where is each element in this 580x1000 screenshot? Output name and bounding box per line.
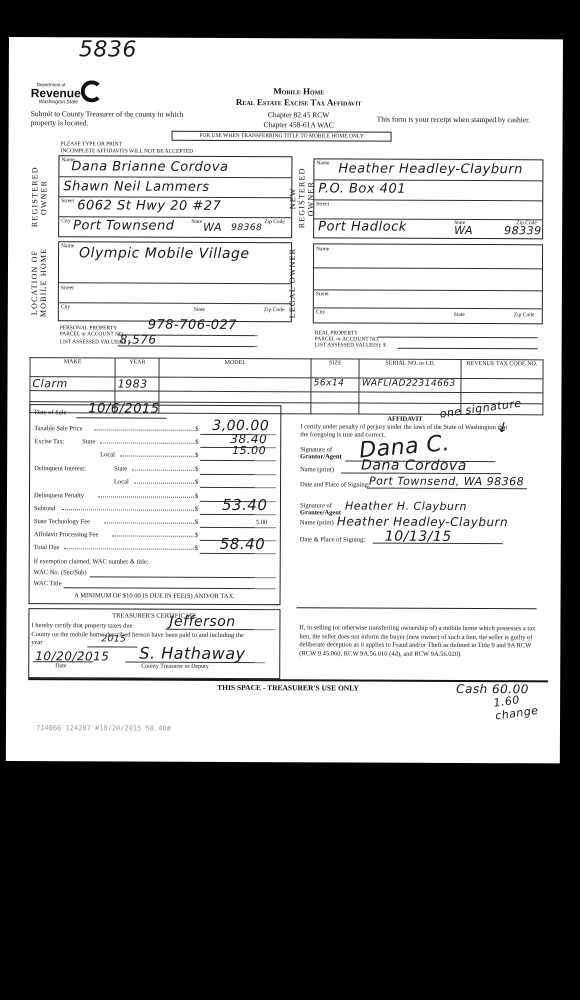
file-number: 5836 xyxy=(79,37,137,62)
registered-owner-box: Name Dana Brianne Cordova Shawn Neil Lam… xyxy=(58,155,292,238)
divider xyxy=(297,607,537,609)
size-cell[interactable]: 56x14 xyxy=(311,378,359,392)
lien-warning-text: If, in selling (or otherwise transferrin… xyxy=(299,624,544,659)
grantee-name-print[interactable]: Heather Headley-Clayburn xyxy=(337,514,508,529)
chapter-rcw: Chapter 82.45 RCW xyxy=(209,110,389,120)
registered-owner-name-2[interactable]: Shawn Neil Lammers xyxy=(63,179,209,195)
wac-title-field[interactable] xyxy=(64,579,276,589)
legal-assessed-field[interactable] xyxy=(398,339,538,350)
dor-logo-icon xyxy=(81,80,103,102)
legal-parcel-field[interactable] xyxy=(378,328,538,339)
grantor-name-print[interactable]: Dana Cordova xyxy=(361,458,467,474)
receipt-note: This form is your receipt when stamped b… xyxy=(377,115,557,125)
new-registered-owner-label: NEW REGISTERED OWNER xyxy=(288,158,312,238)
tax-code-cell[interactable] xyxy=(461,378,543,392)
treasurer-signature[interactable]: S. Hathaway xyxy=(139,644,245,663)
year-cell[interactable]: 1983 xyxy=(115,377,159,391)
location-box: Name Olympic Mobile Village Street City … xyxy=(58,241,292,322)
instructions-print: PLEASE TYPE OR PRINT xyxy=(61,141,123,147)
make-cell[interactable]: Clarm xyxy=(30,377,115,391)
new-owner-city[interactable]: Port Hadlock xyxy=(318,219,407,234)
subtotal[interactable]: 53.40 xyxy=(222,496,268,514)
affidavit-title: AFFIDAVIT xyxy=(387,416,422,423)
treasurer-certificate-title: TREASURER'S CERTIFICATE xyxy=(29,612,279,620)
form-title-2: Real Estate Excise Tax Affidavit xyxy=(159,97,439,108)
delinquent-interest-local[interactable] xyxy=(200,477,276,488)
tax-computation-box: Date of Sale 10/6/2015 Taxable Sale Pric… xyxy=(29,404,282,605)
excise-tax-local[interactable]: 15.00 xyxy=(232,444,266,457)
total-due[interactable]: 58.40 xyxy=(220,535,266,553)
grantee-signature[interactable]: Heather H. Clayburn xyxy=(345,499,467,513)
location-name[interactable]: Olympic Mobile Village xyxy=(79,245,250,262)
registered-owner-street[interactable]: 6062 St Hwy 20 #27 xyxy=(77,198,221,214)
new-registered-owner-box: Name Heather Headley-Clayburn P.O. Box 4… xyxy=(313,158,543,239)
instructions-incomplete: INCOMPLETE AFFIDAVITS WILL NOT BE ACCEPT… xyxy=(60,148,193,155)
location-label: LOCATION OF MOBILE HOME xyxy=(30,242,54,322)
wac-number-field[interactable] xyxy=(90,568,276,578)
location-assessed-value[interactable]: 8,576 xyxy=(120,332,157,346)
new-owner-name[interactable]: Heather Headley-Clayburn xyxy=(338,161,523,177)
legal-owner-box: Name Street City State Zip Code xyxy=(313,243,543,324)
table-header: MAKE YEAR MODEL SIZE SERIAL NO. or I.D. … xyxy=(30,358,543,379)
location-parcel-number[interactable]: 978-706-027 xyxy=(148,318,237,333)
treasurer-county[interactable]: Jefferson xyxy=(169,614,235,630)
serial-cell[interactable]: WAFLIAD22314663 xyxy=(359,378,461,392)
treasurer-tax-year[interactable]: 2015 xyxy=(101,634,126,644)
registered-owner-zip[interactable]: 98368 xyxy=(231,223,262,233)
date-of-sale[interactable]: 10/6/2015 xyxy=(88,401,159,416)
submit-note: Submit to County Treasurer of the county… xyxy=(31,109,186,128)
tech-fee: 5.00 xyxy=(256,519,267,526)
grantor-date-place[interactable]: Port Townsend, WA 98368 xyxy=(369,475,524,489)
minimum-due-note: A MINIMUM OF $10.00 IS DUE IN FEE(S) AND… xyxy=(30,592,280,600)
chapter-wac: Chapter 458-61A WAC xyxy=(209,120,389,130)
registered-owner-name-1[interactable]: Dana Brianne Cordova xyxy=(71,159,228,175)
transfer-banner: FOR USE WHEN TRANSFERRING TITLE TO MOBIL… xyxy=(172,131,392,142)
treasurer-use-label: THIS SPACE - TREASURER'S USE ONLY xyxy=(217,683,359,693)
delinquent-interest-state[interactable] xyxy=(200,464,276,475)
legal-owner-label: LEGAL OWNER xyxy=(288,243,312,323)
new-owner-zip[interactable]: 98339 xyxy=(504,224,542,237)
registered-owner-state[interactable]: WA xyxy=(203,221,222,234)
new-owner-po-box[interactable]: P.O. Box 401 xyxy=(318,181,406,196)
grantee-date-place[interactable]: 10/13/15 xyxy=(385,529,452,545)
affidavit-page: 5836 Department of Revenue Washington St… xyxy=(6,37,563,763)
registered-owner-city[interactable]: Port Townsend xyxy=(73,218,174,233)
registered-owner-label: REGISTERED OWNER xyxy=(30,157,54,237)
form-title-1: Mobile Home xyxy=(179,86,419,97)
treasurer-date[interactable]: 10/20/2015 xyxy=(35,649,109,663)
new-owner-state[interactable]: WA xyxy=(454,224,473,237)
model-cell[interactable] xyxy=(159,377,311,392)
receipt-stamp: 714066 124207 #10/20/2015 58.40# xyxy=(36,724,171,733)
treasurer-certificate-box: TREASURER'S CERTIFICATE I hereby certify… xyxy=(28,608,280,679)
